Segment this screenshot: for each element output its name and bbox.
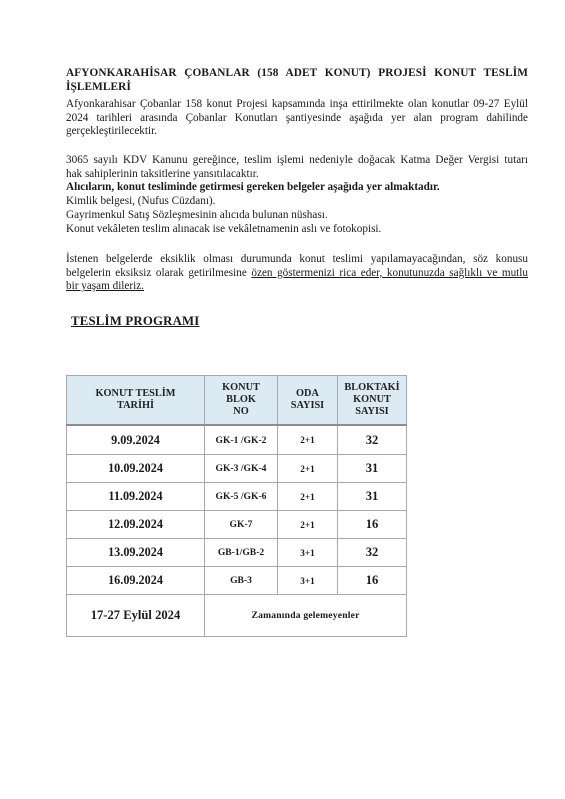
delivery-date: 10.09.2024 — [67, 455, 205, 483]
block-no: GB-3 — [205, 567, 278, 595]
header-units-in-block: BLOKTAKİ KONUT SAYISI — [338, 376, 407, 426]
table-row: 11.09.2024 GK-5 /GK-6 2+1 31 — [67, 483, 407, 511]
block-no: GK-3 /GK-4 — [205, 455, 278, 483]
late-delivery-note: Zamanında gelemeyenler — [205, 595, 407, 637]
block-no: GK-7 — [205, 511, 278, 539]
delivery-date: 11.09.2024 — [67, 483, 205, 511]
required-documents-heading: Alıcıların, konut tesliminde getirmesi g… — [66, 181, 528, 195]
unit-count: 31 — [338, 483, 407, 511]
document-title-line-1: AFYONKARAHİSAR ÇOBANLAR (158 ADET KONUT)… — [66, 66, 528, 80]
intro-line-1: Afyonkarahisar Çobanlar 158 konut Projes… — [66, 98, 528, 112]
table-row: 9.09.2024 GK-1 /GK-2 2+1 32 — [67, 425, 407, 455]
required-document-item: Gayrimenkul Satış Sözleşmesinin alıcıda … — [66, 209, 528, 223]
header-block-no: KONUT BLOK NO — [205, 376, 278, 426]
delivery-program-table: KONUT TESLİM TARİHİ KONUT BLOK NO ODA SA… — [66, 375, 407, 637]
intro-line-2: 2024 tarihleri arasında Çobanlar Konutla… — [66, 112, 528, 126]
closing-paragraph: İstenen belgelerde eksiklik olması durum… — [66, 253, 528, 294]
closing-line-1: İstenen belgelerde eksiklik olması durum… — [66, 253, 528, 267]
room-count: 2+1 — [278, 425, 338, 455]
room-count: 3+1 — [278, 567, 338, 595]
requirements-paragraph: 3065 sayılı KDV Kanunu gereğince, teslim… — [66, 154, 528, 236]
closing-line-2-plain: belgelerin eksiksiz olarak getirilmesine — [66, 267, 251, 279]
document-title-line-2: İŞLEMLERİ — [66, 81, 131, 93]
table-row: 12.09.2024 GK-7 2+1 16 — [67, 511, 407, 539]
document-title: AFYONKARAHİSAR ÇOBANLAR (158 ADET KONUT)… — [66, 66, 528, 94]
vat-line-1: 3065 sayılı KDV Kanunu gereğince, teslim… — [66, 154, 528, 168]
block-no: GK-1 /GK-2 — [205, 425, 278, 455]
block-no: GK-5 /GK-6 — [205, 483, 278, 511]
unit-count: 16 — [338, 567, 407, 595]
required-document-item: Konut vekâleten teslim alınacak ise vekâ… — [66, 223, 528, 237]
room-count: 3+1 — [278, 539, 338, 567]
unit-count: 31 — [338, 455, 407, 483]
closing-line-3: bir yaşam dileriz. — [66, 280, 528, 294]
unit-count: 32 — [338, 425, 407, 455]
required-document-item: Kimlik belgesi, (Nufus Cüzdanı). — [66, 195, 528, 209]
unit-count: 32 — [338, 539, 407, 567]
closing-line-2-underlined: özen göstermenizi rica eder, konutunuzda… — [251, 267, 528, 279]
table-row: 13.09.2024 GB-1/GB-2 3+1 32 — [67, 539, 407, 567]
room-count: 2+1 — [278, 455, 338, 483]
table-row-late-delivery: 17-27 Eylül 2024 Zamanında gelemeyenler — [67, 595, 407, 637]
intro-paragraph: Afyonkarahisar Çobanlar 158 konut Projes… — [66, 98, 528, 139]
room-count: 2+1 — [278, 511, 338, 539]
header-room-count: ODA SAYISI — [278, 376, 338, 426]
table-row: 16.09.2024 GB-3 3+1 16 — [67, 567, 407, 595]
header-delivery-date: KONUT TESLİM TARİHİ — [67, 376, 205, 426]
delivery-date: 16.09.2024 — [67, 567, 205, 595]
delivery-date: 13.09.2024 — [67, 539, 205, 567]
table-row: 10.09.2024 GK-3 /GK-4 2+1 31 — [67, 455, 407, 483]
intro-line-3: gerçekleştirilecektir. — [66, 125, 528, 139]
late-delivery-date-range: 17-27 Eylül 2024 — [67, 595, 205, 637]
delivery-date: 9.09.2024 — [67, 425, 205, 455]
table-header-row: KONUT TESLİM TARİHİ KONUT BLOK NO ODA SA… — [67, 376, 407, 426]
vat-line-2: hak sahiplerinin taksitlerine yansıtılac… — [66, 168, 528, 182]
room-count: 2+1 — [278, 483, 338, 511]
closing-line-2: belgelerin eksiksiz olarak getirilmesine… — [66, 267, 528, 281]
block-no: GB-1/GB-2 — [205, 539, 278, 567]
unit-count: 16 — [338, 511, 407, 539]
section-title: TESLİM PROGRAMI — [71, 314, 200, 329]
delivery-date: 12.09.2024 — [67, 511, 205, 539]
